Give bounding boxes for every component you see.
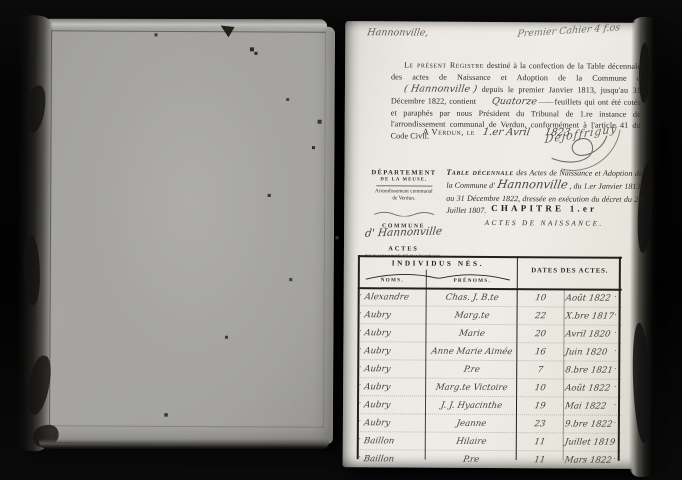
prenom-cell: Anne Marie Aimée: [426, 346, 518, 357]
left-page-border-line: [49, 30, 326, 427]
dateline-printed: A Verdun, le: [423, 127, 475, 137]
date-cell: Août 1822: [563, 293, 620, 303]
paper-specks: [37, 25, 39, 27]
table-top-border: [358, 255, 622, 259]
births-table: INDIVIDUS NÉS. NOMS. PRÉNOMS. DATES DES …: [357, 255, 622, 463]
nom-cell: Aubry: [356, 418, 426, 428]
right-register-page: Hannonville, Premier Cahier 4 f.os Le pr…: [343, 21, 646, 469]
table-row: Aubry Marg.te Victoire 10 Août 1822: [357, 378, 621, 398]
day-cell: 10: [517, 293, 564, 303]
ink-stain-triangle: [220, 25, 235, 37]
nom-cell: Aubry: [357, 310, 427, 320]
nom-cell: Baillon: [356, 454, 426, 464]
nom-cell: Aubry: [357, 346, 427, 356]
table-row: Aubry P.re 7 8.bre 1821: [357, 360, 621, 380]
arrondissement-label: Arrondissement communal: [356, 188, 451, 195]
scanned-register-spread: Hannonville, Premier Cahier 4 f.os Le pr…: [0, 0, 682, 480]
margin-imprint-block: DÉPARTEMENT DE LA MEUSE. Arrondissement …: [356, 169, 452, 259]
margin-squiggle: [356, 203, 451, 222]
day-cell: 20: [517, 329, 564, 339]
handwritten-commune-margin: d' Hannonville: [355, 225, 452, 240]
day-cell: 7: [517, 365, 564, 375]
nom-cell: Baillon: [356, 436, 426, 446]
department-name: DE LA MEUSE.: [356, 177, 451, 183]
nom-cell: Aubry: [356, 382, 426, 392]
day-cell: 11: [516, 437, 563, 447]
handwritten-feuillet-count: Quatorze: [478, 97, 538, 107]
handwritten-date: 1.er Avril: [482, 128, 531, 138]
day-cell: 11: [516, 455, 563, 465]
day-cell: 10: [516, 383, 563, 393]
date-cell: Juin 1820: [563, 347, 620, 357]
filler-dash: ——: [537, 97, 555, 106]
day-cell: 22: [517, 311, 564, 321]
handwritten-commune-heading: Hannonville: [496, 179, 568, 191]
arrondissement-name: de Verdun.: [356, 195, 451, 202]
left-page-top-edge: [45, 19, 327, 28]
column-header-dates: DATES DES ACTES.: [518, 267, 622, 275]
date-cell: Mars 1822: [562, 455, 619, 465]
date-cell: Avril 1820: [563, 329, 620, 339]
table-row: Aubry Marg.te 22 X.bre 1817: [358, 306, 622, 326]
prenom-cell: Marg.te: [426, 310, 518, 321]
left-blank-page: [35, 25, 335, 444]
day-cell: 23: [516, 419, 563, 429]
prenom-cell: Marg.te Victoire: [425, 382, 517, 393]
table-row: Alexandre Chas. J. B.te 10 Août 1822: [358, 288, 622, 308]
nom-cell: Aubry: [357, 328, 427, 338]
left-page-bottom-edge: [39, 439, 329, 449]
day-cell: 19: [516, 401, 563, 411]
prenom-cell: P.re: [426, 364, 518, 375]
table-row: Aubry Marie 20 Avril 1820: [357, 324, 621, 344]
prenom-cell: Jeanne: [425, 418, 517, 429]
handwritten-commune-note: Hannonville,: [366, 27, 429, 38]
table-row: Aubry Anne Marie Aimée 16 Juin 1820: [357, 342, 621, 362]
chapter-subtitle: ACTES DE NAISSANCE.: [446, 219, 642, 228]
table-row: Baillon Hilaire 11 Juillet 1819: [357, 432, 621, 452]
table-body: Alexandre Chas. J. B.te 10 Août 1822 Aub…: [357, 288, 622, 460]
date-cell: Juillet 1819: [562, 437, 619, 447]
date-cell: 9.bre 1822: [562, 419, 619, 429]
date-cell: 8.bre 1821: [563, 365, 620, 375]
handwritten-commune-inline: ( Hannonville ): [390, 84, 478, 94]
date-cell: Août 1822: [562, 383, 619, 393]
nom-cell: Alexandre: [357, 292, 427, 302]
column-header-noms: NOMS.: [358, 277, 427, 283]
nom-cell: Aubry: [356, 400, 426, 410]
column-group-header: INDIVIDUS NÉS.: [358, 259, 518, 268]
department-label: DÉPARTEMENT: [356, 169, 451, 177]
table-row: Baillon P.re 11 Mars 1822: [357, 450, 621, 469]
column-header-prenoms: PRÉNOMS.: [427, 278, 518, 285]
prenom-cell: Marie: [426, 328, 518, 339]
prenom-cell: Chas. J. B.te: [426, 292, 518, 303]
heading-lead: Table décennale: [446, 168, 513, 177]
nom-cell: Aubry: [357, 364, 427, 374]
chapter-block: CHAPITRE 1.er ACTES DE NAISSANCE.: [446, 203, 642, 228]
preamble-lead: Le présent Registre: [404, 60, 484, 69]
table-row: Aubry J. J. Hyacinthe 19 Mai 1822: [357, 396, 621, 416]
table-row: Aubry Jeanne 23 9.bre 1822: [357, 414, 621, 434]
date-cell: Mai 1822: [562, 401, 619, 411]
prenom-cell: Hilaire: [425, 436, 517, 447]
actes-label: ACTES: [356, 245, 451, 253]
prenom-cell: J. J. Hyacinthe: [425, 400, 517, 411]
date-cell: X.bre 1817: [563, 311, 620, 321]
chapter-title: CHAPITRE 1.er: [446, 203, 642, 214]
day-cell: 16: [517, 347, 564, 357]
margin-rule: [376, 185, 432, 186]
prenom-cell: P.re: [425, 454, 517, 465]
handwritten-cahier-note: Premier Cahier 4 f.os: [517, 22, 621, 40]
